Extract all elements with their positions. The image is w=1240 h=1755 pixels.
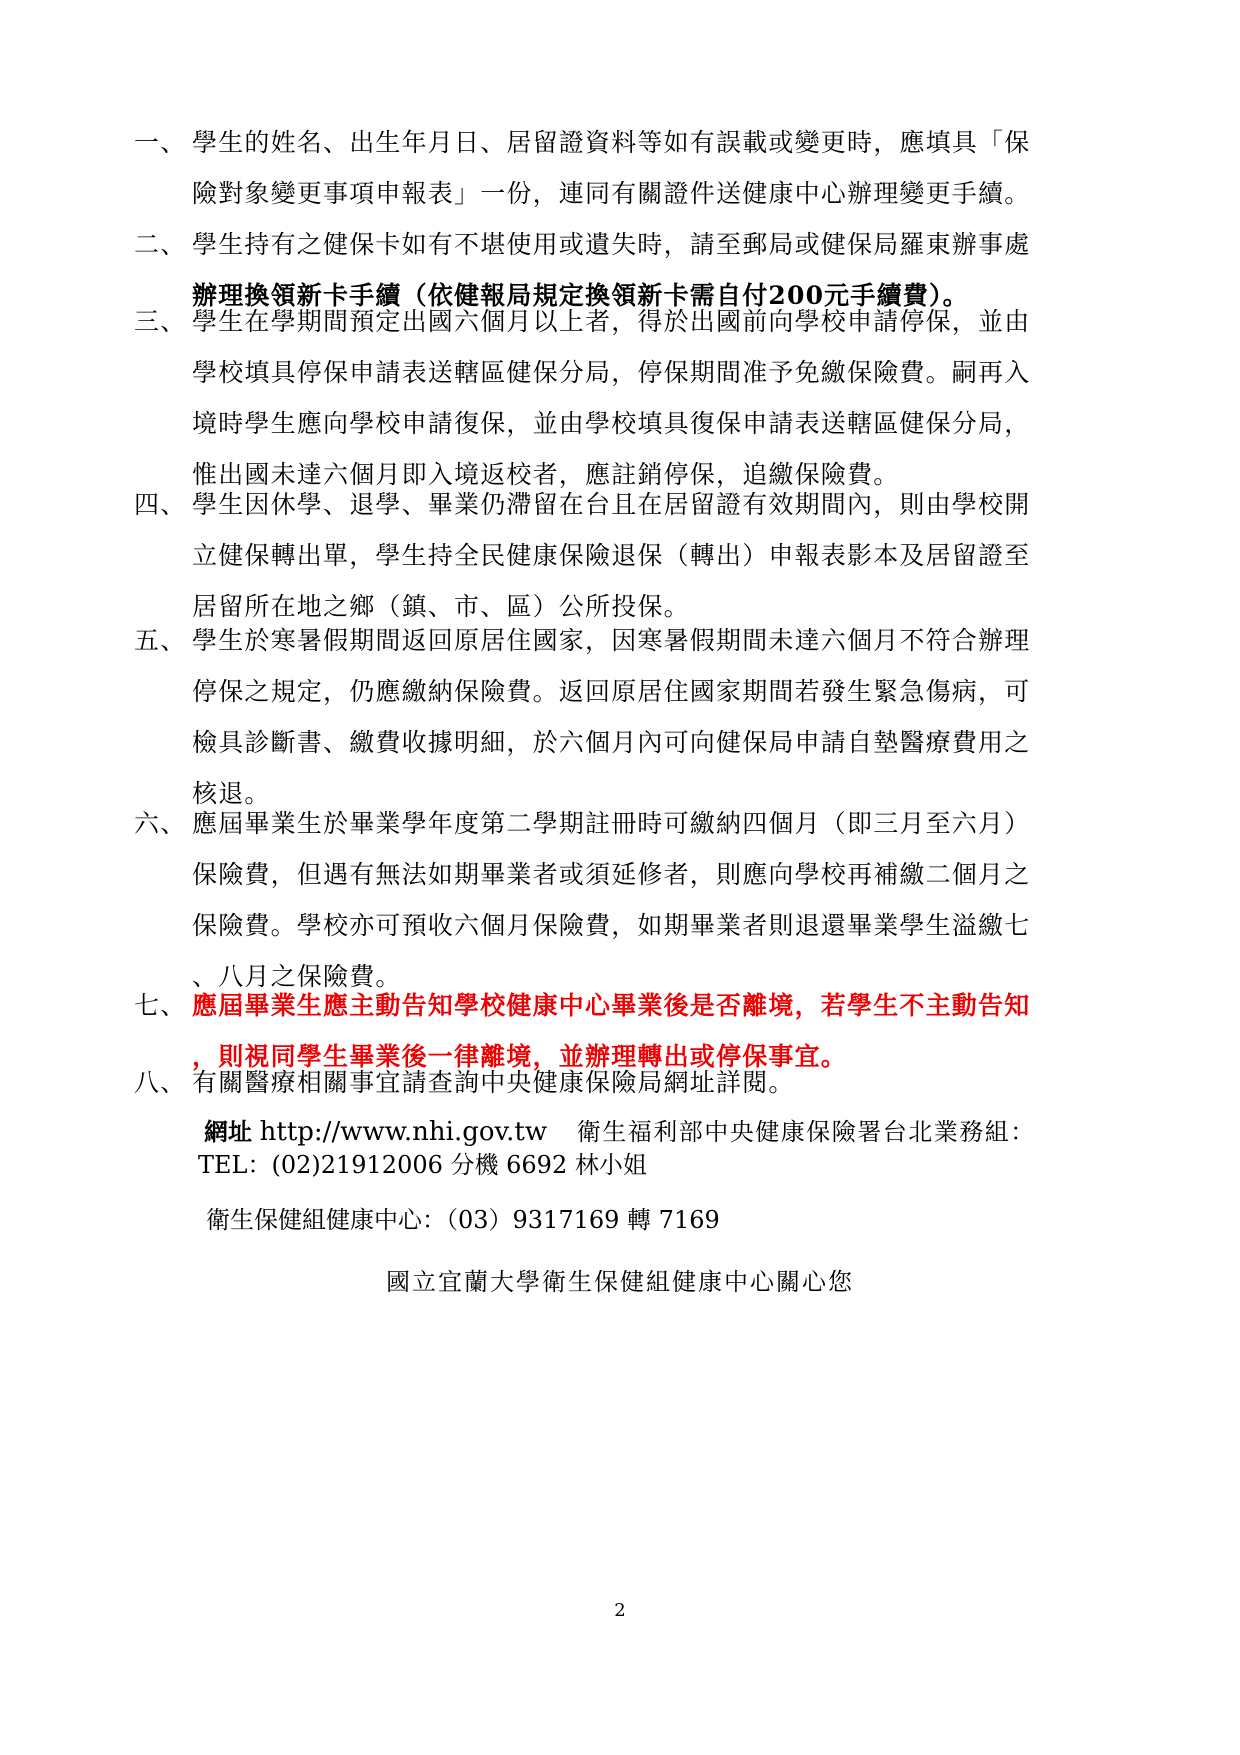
item-number: 二、 [134, 219, 192, 270]
item-3: 三、學生在學期間預定出國六個月以上者，得於出國前向學校申請停保，並由 學校填具停… [134, 296, 1134, 500]
item-4: 四、學生因休學、退學、畢業仍滯留在台且在居留證有效期間內，則由學校開 立健保轉出… [134, 479, 1134, 632]
item-5: 五、學生於寒暑假期間返回原居住國家，因寒暑假期間未達六個月不符合辦理 停保之規定… [134, 615, 1134, 819]
contact-website-line: 網址 http://www.nhi.gov.tw 衛生福利部中央健康保險署台北業… [204, 1112, 1036, 1147]
website-label: 網址 [204, 1117, 252, 1146]
website-link[interactable]: http://www.nhi.gov.tw [260, 1117, 547, 1147]
item-text: 險對象變更事項申報表」一份，連同有關證件送健康中心辦理變更手續。 [134, 168, 1134, 219]
item-number: 三、 [134, 296, 192, 347]
item-text: 學生在學期間預定出國六個月以上者，得於出國前向學校申請停保，並由 [192, 307, 1030, 336]
item-text: 保險費。學校亦可預收六個月保險費，如期畢業者則退還畢業學生溢繳七 [134, 900, 1134, 951]
item-8: 八、有關醫療相關事宜請查詢中央健康保險局網址詳閱。 [134, 1057, 1134, 1108]
item-1: 一、學生的姓名、出生年月日、居留證資料等如有誤載或變更時，應填具「保 險對象變更… [134, 117, 1134, 219]
item-text: 保險費，但遇有無法如期畢業者或須延修者，則應向學校再補繳二個月之 [134, 849, 1134, 900]
item-number: 六、 [134, 798, 192, 849]
item-number: 七、 [134, 980, 192, 1031]
item-number: 八、 [134, 1057, 192, 1108]
item-number: 一、 [134, 117, 192, 168]
closing-message: 國立宜蘭大學衛生保健組健康中心關心您 [0, 1262, 1240, 1297]
item-number: 四、 [134, 479, 192, 530]
item-text-highlight: 應屆畢業生應主動告知學校健康中心畢業後是否離境，若學生不主動告知 [192, 991, 1030, 1020]
health-center-contact: 衛生保健組健康中心：（03）9317169 轉 7169 [206, 1200, 720, 1235]
item-6: 六、應屆畢業生於畢業學年度第二學期註冊時可繳納四個月（即三月至六月） 保險費，但… [134, 798, 1134, 1002]
item-text: 有關醫療相關事宜請查詢中央健康保險局網址詳閱。 [192, 1068, 795, 1097]
document-page: 一、學生的姓名、出生年月日、居留證資料等如有誤載或變更時，應填具「保 險對象變更… [0, 0, 1240, 1755]
office-name: 衛生福利部中央健康保險署台北業務組： [577, 1118, 1036, 1146]
item-text: 學生持有之健保卡如有不堪使用或遺失時，請至郵局或健保局羅東辦事處 [192, 230, 1030, 259]
item-text: 學生於寒暑假期間返回原居住國家，因寒暑假期間未達六個月不符合辦理 [192, 626, 1030, 655]
item-text: 學校填具停保申請表送轄區健保分局，停保期間准予免繳保險費。嗣再入 [134, 347, 1134, 398]
item-text: 學生的姓名、出生年月日、居留證資料等如有誤載或變更時，應填具「保 [192, 128, 1030, 157]
item-text: 立健保轉出單，學生持全民健康保險退保（轉出）申報表影本及居留證至 [134, 530, 1134, 581]
page-number: 2 [0, 1600, 1240, 1621]
item-text: 境時學生應向學校申請復保，並由學校填具復保申請表送轄區健保分局， [134, 398, 1134, 449]
contact-tel: TEL：(02)21912006 分機 6692 林小姐 [198, 1145, 647, 1180]
item-number: 五、 [134, 615, 192, 666]
item-text: 檢具診斷書、繳費收據明細，於六個月內可向健保局申請自墊醫療費用之 [134, 717, 1134, 768]
item-text: 學生因休學、退學、畢業仍滯留在台且在居留證有效期間內，則由學校開 [192, 490, 1030, 519]
item-text: 應屆畢業生於畢業學年度第二學期註冊時可繳納四個月（即三月至六月） [192, 809, 1030, 838]
item-text: 停保之規定，仍應繳納保險費。返回原居住國家期間若發生緊急傷病，可 [134, 666, 1134, 717]
